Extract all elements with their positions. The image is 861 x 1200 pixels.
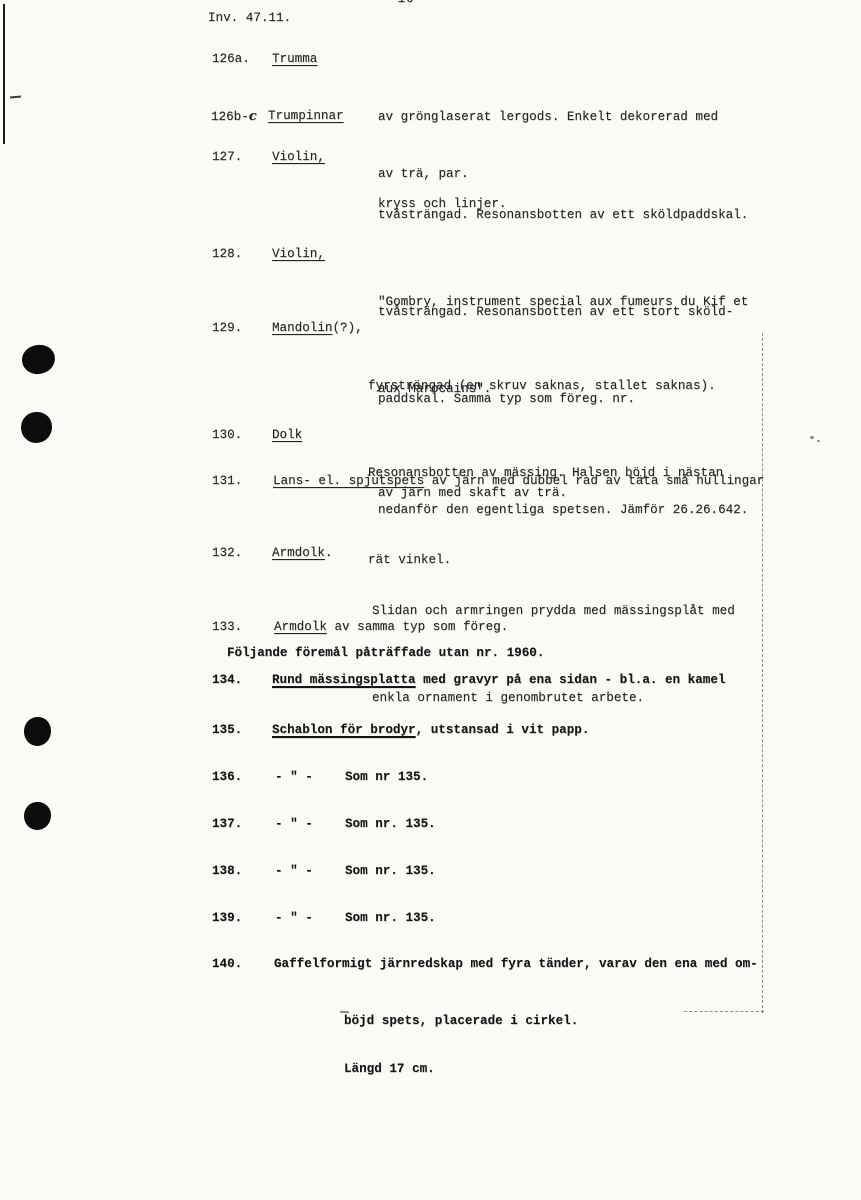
entry-continuation: böjd spets, placerade i cirkel. Längd 17…	[344, 981, 578, 1109]
page-number: -10-	[389, 0, 423, 6]
pencil-speck	[817, 440, 820, 442]
fold-crease-vertical	[762, 333, 763, 1013]
entry-number: 138.	[212, 857, 242, 886]
entry-text: Gaffelformigt järnredskap med fyra tände…	[274, 950, 758, 979]
entry-number: 132.	[212, 539, 242, 568]
entry-name: Violin,	[272, 143, 325, 172]
entry-text: Armdolk av samma typ som föreg.	[274, 613, 508, 642]
entry-number: 140.	[212, 950, 242, 979]
ditto-mark: - " -	[275, 810, 313, 839]
entry-number: 137.	[212, 810, 242, 839]
ditto-mark: - " -	[275, 904, 313, 933]
fold-crease-horizontal	[684, 1011, 764, 1012]
entry-name: Mandolin(?),	[272, 314, 363, 343]
ink-dot	[21, 412, 52, 443]
margin-dash-mark	[10, 96, 21, 99]
entry-number: 133.	[212, 613, 242, 642]
entry-name: Dolk	[272, 421, 302, 450]
entry-name: Trumma	[272, 45, 317, 74]
ditto-mark: - " -	[275, 763, 313, 792]
ditto-mark: - " -	[275, 857, 313, 886]
entry-number: 128.	[212, 240, 242, 269]
scanned-document-page: -10- Inv. 47.11. 126a. Trumma av gröngla…	[0, 0, 861, 1200]
entry-name: Trumpinnar	[268, 102, 344, 131]
ink-dot	[24, 717, 51, 746]
inventory-header: Inv. 47.11.	[208, 4, 291, 33]
entry-description: Som nr. 135.	[345, 810, 436, 839]
entry-number: 135.	[212, 716, 242, 745]
note-text: Följande föremål påträffade utan nr. 196…	[227, 639, 544, 668]
entry-number: 139.	[212, 904, 242, 933]
entry-text: Lans- el. spjutspets av järn med dubbel …	[273, 467, 764, 496]
ink-dot	[20, 343, 57, 376]
entry-number: 126a.	[212, 45, 250, 74]
entry-text: Schablon för brodyr, utstansad i vit pap…	[272, 716, 589, 745]
entry-number: 130.	[212, 421, 242, 450]
handwritten-c: c	[249, 109, 257, 124]
entry-name: Violin,	[272, 240, 325, 269]
ink-dot	[24, 802, 51, 830]
entry-name: Armdolk.	[272, 539, 332, 568]
entry-number: 131.	[212, 467, 242, 496]
entry-number: 136.	[212, 763, 242, 792]
entry-number: 134.	[212, 666, 242, 695]
entry-number: 127.	[212, 143, 242, 172]
entry-description: Som nr. 135.	[345, 904, 436, 933]
entry-text: Rund mässingsplatta med gravyr på ena si…	[272, 666, 725, 695]
scan-edge-line	[3, 4, 5, 144]
entry-description: Som nr 135.	[345, 763, 428, 792]
entry-number: 129.	[212, 314, 242, 343]
entry-description: Som nr. 135.	[345, 857, 436, 886]
entry-number: 126b-c	[211, 102, 257, 132]
pencil-speck	[810, 436, 814, 439]
entry-continuation: nedanför den egentliga spetsen. Jämför 2…	[378, 496, 748, 525]
